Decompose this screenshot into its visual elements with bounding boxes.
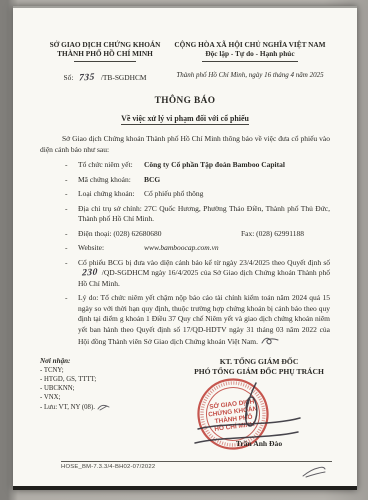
document-subtitle: Về việc xử lý vi phạm đối với cổ phiếu (121, 114, 249, 125)
document-content: SỞ GIAO DỊCH CHỨNG KHOÁN THÀNH PHỐ HỒ CH… (40, 40, 330, 449)
bullet-content: Mã chứng khoán:BCG (78, 175, 330, 186)
handwritten-initial-mark (300, 465, 328, 479)
notice-item: -Điện thoại: (028) 62680680Fax: (028) 62… (64, 229, 330, 240)
document-number-handwritten: 735 (79, 73, 95, 84)
signature-block: KT. TỔNG GIÁM ĐỐC PHÓ TỔNG GIÁM ĐỐC PHỤ … (188, 357, 330, 450)
bullet-dash: - (64, 160, 78, 171)
notice-item: -Mã chứng khoán:BCG (64, 175, 330, 186)
intro-paragraph: Sở Giao dịch Chứng khoán Thành phố Hồ Ch… (40, 134, 330, 155)
fax-text: Fax: (028) 62991188 (241, 229, 304, 240)
bullet-dash: - (64, 229, 78, 240)
recipients-block: Nơi nhận: - TCNY;- HTGD, GS, TTTT;- UBCK… (40, 357, 188, 450)
national-line2: Độc lập - Tự do - Hạnh phúc (170, 49, 330, 58)
handwritten-flourish-mark (260, 335, 280, 346)
issuer-line2: THÀNH PHỐ HỒ CHÍ MINH (40, 49, 170, 58)
bullet-text: Địa chỉ trụ sở chính: 27C Quốc Hương, Ph… (78, 204, 330, 224)
text-before-number: Cổ phiếu BCG bị đưa vào diện cảnh báo kể… (78, 258, 330, 267)
notice-item: -Cổ phiếu BCG bị đưa vào diện cảnh báo k… (64, 258, 330, 290)
bullet-dash: - (64, 175, 78, 186)
bullet-content: Địa chỉ trụ sở chính: 27C Quốc Hương, Ph… (78, 204, 330, 225)
field-value: www.bamboocap.com.vn (144, 243, 219, 252)
form-code: HOSE_BM-7.3.3/4-BH02-07/2022 (61, 462, 332, 470)
scanned-document-page: SỞ GIAO DỊCH CHỨNG KHOÁN THÀNH PHỐ HỒ CH… (0, 0, 368, 500)
paper-sheet: SỞ GIAO DỊCH CHỨNG KHOÁN THÀNH PHỐ HỒ CH… (13, 6, 357, 490)
bullet-dash: - (64, 189, 78, 200)
bullet-text: Lý do: Tổ chức niêm yết chậm nộp báo cáo… (78, 293, 330, 346)
recipient-item: - HTGD, GS, TTTT; (40, 376, 188, 385)
issuer-block: SỞ GIAO DỊCH CHỨNG KHOÁN THÀNH PHỐ HỒ CH… (40, 40, 170, 83)
bullet-content: Cổ phiếu BCG bị đưa vào diện cảnh báo kể… (78, 258, 330, 290)
bullet-content: Loại chứng khoán:Cổ phiếu phổ thông (78, 189, 330, 200)
document-number: Số: 735 /TB-SGDHCM (40, 73, 170, 84)
document-subtitle-wrap: Về việc xử lý vi phạm đối với cổ phiếu (40, 108, 330, 126)
notice-list: -Tổ chức niêm yết:Công ty Cổ phần Tập đo… (64, 160, 330, 348)
document-title: THÔNG BÁO (40, 96, 330, 106)
recipient-item: - UBCKNN; (40, 385, 188, 394)
place-date-line: Thành phố Hồ Chí Minh, ngày 16 tháng 4 n… (170, 71, 330, 80)
notice-item: -Website:www.bamboocap.com.vn (64, 243, 330, 254)
signatory-role-line1: KT. TỔNG GIÁM ĐỐC (188, 357, 330, 367)
field-label: Tổ chức niêm yết: (78, 160, 142, 171)
bullet-dash: - (64, 258, 78, 290)
field-value: BCG (144, 175, 160, 184)
recipients-list: - TCNY;- HTGD, GS, TTTT;- UBCKNN;- VNX;-… (40, 367, 188, 413)
phone-text: Điện thoại: (028) 62680680 (78, 229, 162, 240)
document-header: SỞ GIAO DỊCH CHỨNG KHOÁN THÀNH PHỐ HỒ CH… (40, 40, 330, 83)
closing-row: Nơi nhận: - TCNY;- HTGD, GS, TTTT;- UBCK… (40, 357, 330, 450)
handwritten-decision-number: 230 (82, 269, 98, 280)
recipient-item: - VNX; (40, 394, 188, 403)
notice-item: -Tổ chức niêm yết:Công ty Cổ phần Tập đo… (64, 160, 330, 171)
stamp-and-signature-area: SỞ GIAO DỊCH CHỨNG KHOÁN THÀNH PHỐ HỒ CH… (188, 379, 330, 449)
national-motto-block: CỘNG HÒA XÃ HỘI CHỦ NGHĨA VIỆT NAM Độc l… (170, 40, 330, 83)
field-label: Mã chứng khoán: (78, 175, 142, 186)
field-label: Loại chứng khoán: (78, 189, 142, 200)
notice-item: -Địa chỉ trụ sở chính: 27C Quốc Hương, P… (64, 204, 330, 225)
field-label: Website: (78, 243, 142, 254)
field-value: Cổ phiếu phổ thông (144, 189, 203, 198)
bullet-content: Website:www.bamboocap.com.vn (78, 243, 330, 254)
bullet-dash: - (64, 204, 78, 225)
notice-item: -Lý do: Tổ chức niêm yết chậm nộp báo cá… (64, 293, 330, 348)
recipients-title: Nơi nhận: (40, 357, 188, 366)
bullet-content: Tổ chức niêm yết:Công ty Cổ phần Tập đoà… (78, 160, 330, 171)
handwritten-tick-mark (97, 403, 110, 411)
document-number-prefix: Số: (64, 73, 74, 82)
field-value: Công ty Cổ phần Tập đoàn Bamboo Capital (144, 160, 285, 169)
recipient-item: - TCNY; (40, 367, 188, 376)
national-line1: CỘNG HÒA XÃ HỘI CHỦ NGHĨA VIỆT NAM (170, 40, 330, 49)
motto-underline (202, 61, 298, 62)
signatory-name: Trần Anh Đào (188, 439, 330, 449)
issuer-underline (74, 61, 136, 62)
notice-item: -Loại chứng khoán:Cổ phiếu phổ thông (64, 189, 330, 200)
bullet-dash: - (64, 243, 78, 254)
text-after-number: /QD-SGDHCM ngày 16/4/2025 của Sở Giao dị… (78, 268, 330, 288)
recipient-item: - Lưu: VT, NY (08). (40, 403, 188, 413)
form-footer: HOSE_BM-7.3.3/4-BH02-07/2022 (61, 461, 332, 470)
document-number-suffix: /TB-SGDHCM (101, 73, 147, 82)
bullet-content: Điện thoại: (028) 62680680Fax: (028) 629… (78, 229, 330, 240)
bullet-content: Lý do: Tổ chức niêm yết chậm nộp báo cáo… (78, 293, 330, 348)
bullet-dash: - (64, 293, 78, 348)
